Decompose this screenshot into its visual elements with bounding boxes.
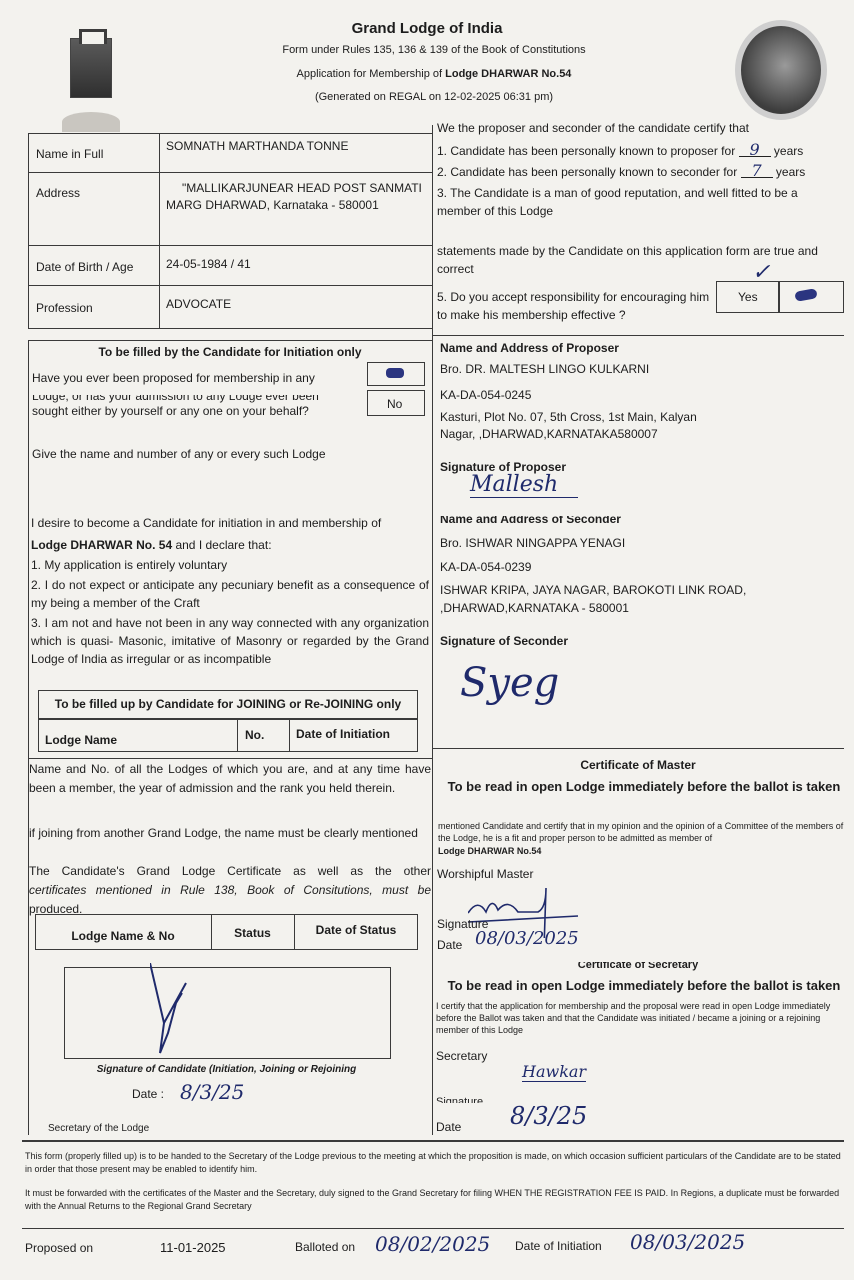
page-title: Grand Lodge of India (0, 20, 854, 37)
master-cert-subheading: To be read in open Lodge immediately bef… (432, 779, 854, 794)
name-label: Name in Full (36, 147, 103, 161)
footer-note-2: It must be forwarded with the certificat… (25, 1187, 847, 1213)
candidate-signature (150, 963, 190, 1063)
other-grand-lodge-instruction: if joining from another Grand Lodge, the… (29, 824, 431, 843)
seconder-name: Bro. ISHWAR NINGAPPA YENAGI (440, 536, 625, 550)
seconder-address-line-1: ISHWAR KRIPA, JAYA NAGAR, BAROKOTI LINK … (440, 583, 746, 597)
declaration-item-3: 3. I am not and have not been in any way… (31, 614, 429, 668)
certify-item-1: 1. Candidate has been personally known t… (437, 144, 847, 158)
generated-stamp: (Generated on REGAL on 12-02-2025 06:31 … (0, 91, 854, 103)
proposer-name: Bro. DR. MALTESH LINGO KULKARNI (440, 362, 649, 376)
master-date-value: 08/03/2025 (475, 928, 579, 949)
secretary-date-label: Date (436, 1120, 461, 1134)
col2-lodge-name: Lodge Name & No (35, 929, 211, 943)
secretary-signature-label: Signature (436, 1096, 483, 1108)
address-line-2: MARG DHARWAD, Karnataka - 580001 (166, 198, 379, 212)
candidate-signature-label: Signature of Candidate (Initiation, Join… (64, 1064, 389, 1075)
certificate-instruction: The Candidate's Grand Lodge Certificate … (29, 862, 431, 919)
master-cert-heading: Certificate of Master (432, 758, 844, 772)
candidate-date-value: 8/3/25 (180, 1080, 244, 1104)
form-subtitle: Form under Rules 135, 136 & 139 of the B… (0, 44, 854, 56)
col-no: No. (245, 728, 264, 742)
certify-item-2: 2. Candidate has been personally known t… (437, 165, 847, 179)
seconder-reg-no: KA-DA-054-0239 (440, 560, 531, 574)
declaration-item-2: 2. I do not expect or anticipate any pec… (31, 576, 429, 612)
candidate-date-label: Date : (132, 1087, 164, 1101)
col2-date-of-status: Date of Status (294, 923, 418, 937)
initiation-question-line-3: sought either by yourself or any one on … (32, 404, 362, 418)
initiation-question-line-2: Lodge, or has your admission to any Lodg… (32, 389, 362, 403)
proposer-heading: Name and Address of Proposer (440, 341, 619, 355)
application-line: Application for Membership of Lodge DHAR… (0, 68, 854, 80)
proposer-years-value: 9 (739, 144, 771, 157)
lodges-instruction: Name and No. of all the Lodges of which … (29, 760, 431, 798)
dob-label: Date of Birth / Age (36, 260, 133, 274)
profession-value: ADVOCATE (166, 297, 231, 311)
col-lodge-name: Lodge Name (45, 733, 117, 747)
declaration-item-1: 1. My application is entirely voluntary (31, 558, 429, 572)
profession-label: Profession (36, 301, 93, 315)
master-date-label: Date (437, 938, 462, 952)
initiation-question-line-1: Have you ever been proposed for membersh… (32, 371, 362, 385)
address-label: Address (36, 186, 80, 200)
declaration-intro: I desire to become a Candidate for initi… (31, 516, 429, 530)
secretary-cert-text: I certify that the application for membe… (436, 1000, 846, 1036)
secretary-of-lodge-label: Secretary of the Lodge (48, 1123, 149, 1134)
lodge-name: Lodge DHARWAR No.54 (445, 68, 571, 80)
col2-status: Status (211, 926, 294, 940)
no-answer: No (387, 397, 402, 411)
declaration-lodge-line: Lodge DHARWAR No. 54 and I declare that: (31, 538, 429, 552)
seconder-address-line-2: ,DHARWAD,KARNATAKA - 580001 (440, 601, 629, 615)
crest-base-icon (62, 112, 120, 132)
dob-value: 24-05-1984 / 41 (166, 257, 251, 271)
seconder-heading: Name and Address of Seconder (440, 512, 621, 526)
proposer-reg-no: KA-DA-054-0245 (440, 388, 531, 402)
proposer-address-line-2: Nagar, ,DHARWAD,KARNATAKA580007 (440, 427, 658, 441)
secretary-cert-subheading: To be read in open Lodge immediately bef… (432, 978, 854, 993)
yes-option: Yes (738, 290, 758, 304)
master-cert-text: mentioned Candidate and certify that in … (438, 820, 844, 844)
proposer-address-line-1: Kasturi, Plot No. 07, 5th Cross, 1st Mai… (440, 410, 697, 424)
secretary-signature: Hawkar (522, 1062, 586, 1082)
proposed-on-label: Proposed on (25, 1241, 93, 1255)
col-date-of-initiation: Date of Initiation (296, 727, 390, 741)
give-name-label: Give the name and number of any or every… (32, 447, 326, 461)
certify-intro: We the proposer and seconder of the cand… (437, 121, 749, 135)
balloted-on-label: Balloted on (295, 1240, 355, 1254)
seconder-signature-label: Signature of Seconder (440, 634, 568, 648)
date-of-initiation-label: Date of Initiation (515, 1239, 602, 1253)
certify-item-3: 3. The Candidate is a man of good reputa… (437, 184, 845, 220)
proposed-on-value: 11-01-2025 (160, 1240, 226, 1255)
master-cert-lodge: Lodge DHARWAR No.54 (438, 846, 541, 856)
initiation-heading: To be filled by the Candidate for Initia… (28, 345, 432, 359)
scribbled-out-icon (386, 368, 404, 378)
secretary-date-value: 8/3/25 (510, 1102, 587, 1130)
seconder-signature: Syeg (460, 660, 559, 706)
footer-note-1: This form (properly filled up) is to be … (25, 1150, 847, 1176)
proposer-signature: Mallesh (470, 472, 578, 498)
joining-heading: To be filled up by Candidate for JOINING… (38, 697, 418, 711)
date-of-initiation-value: 08/03/2025 (630, 1230, 745, 1254)
checkmark-icon: ✓ (752, 260, 770, 285)
certify-item-4: statements made by the Candidate on this… (437, 242, 845, 278)
secretary-cert-heading: Certificate of Secretary (432, 959, 844, 971)
balloted-on-value: 08/02/2025 (375, 1232, 490, 1256)
name-value: SOMNATH MARTHANDA TONNE (166, 139, 348, 153)
secretary-label: Secretary (436, 1049, 487, 1063)
address-line-1: "MALLIKARJUNEAR HEAD POST SANMATI (182, 181, 422, 195)
candidate-signature-box (64, 967, 391, 1059)
certify-item-5: 5. Do you accept responsibility for enco… (437, 288, 717, 324)
seconder-years-value: 7 (741, 165, 773, 178)
